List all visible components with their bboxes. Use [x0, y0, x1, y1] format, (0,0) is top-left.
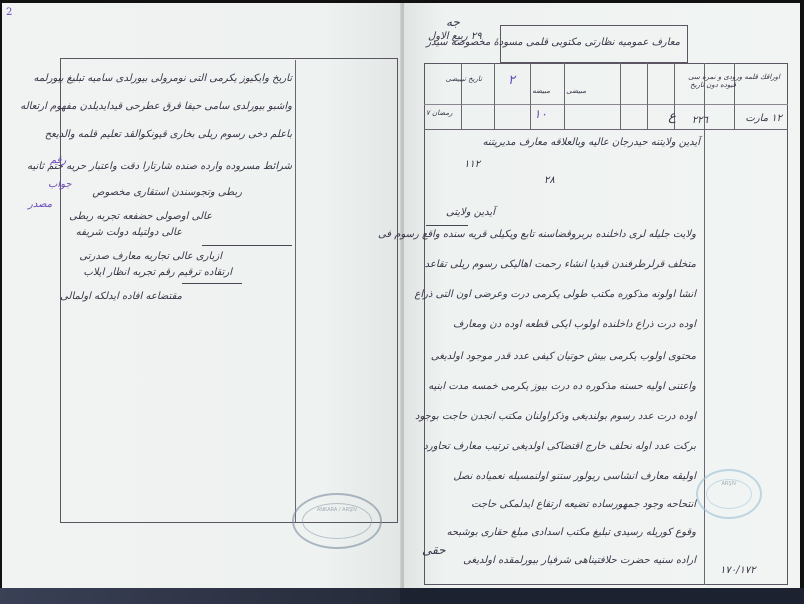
right-line-9: اولیقه معارف انشاسی ریولور ستنو اولنمسیل…: [453, 471, 696, 482]
left-line-8: ازباری عالی تجاریه معارف صدرتی: [79, 251, 222, 262]
table-date-cell: ۱۲ مارت: [745, 113, 782, 124]
table-bottom-rule: [424, 129, 788, 130]
right-line-5: محتوی اولوب یکرمی بیش حوتیان کیفی عدد قد…: [431, 351, 696, 362]
table-col: [530, 63, 531, 129]
right-line-1: ولایت جلیله لری داخلنده بربروقضاسنه تابع…: [378, 229, 696, 240]
table-col: [647, 63, 648, 129]
left-line-4: شرائط مسروده وارده صنده شارتارا دقت واعت…: [27, 161, 292, 172]
header-title: معارف عمومیه نظارتی مکتوبی قلمی مسودهٔ م…: [426, 37, 680, 48]
underline: [182, 283, 242, 284]
right-page: ۲۹ ربیع الاول جه معارف عمومیه نظارتی مکت…: [404, 3, 800, 593]
left-line-5: ربطی وتجوسندن استقاری مخصوص: [92, 187, 242, 198]
purple-mark-2: ۱۰: [534, 107, 547, 121]
right-line-4: اوده درت ذراع داخلنده اولوب ایکی قطعه او…: [453, 319, 696, 330]
underline: [202, 245, 292, 246]
tebyiz-date: رمضان ۷: [426, 109, 452, 117]
section-heading: آیدین ولایتی: [446, 207, 495, 218]
right-line-8: برکت عدد اوله نحلف خارج اقتضاکی اولدیغی …: [423, 441, 696, 452]
left-line-2: واشبو بیورلدی سامی حیفا قرق عطرحی قیداید…: [20, 101, 292, 112]
margin-note-1: رقم: [50, 155, 66, 166]
purple-mark-1: ۲: [508, 73, 515, 88]
ref-number-1: ۱۱۲: [464, 159, 480, 170]
right-line-6: واعتنی اولیه حسنه مذکوره ده درت بیوز یکر…: [428, 381, 696, 392]
table-col: [564, 63, 565, 129]
right-margin-rule: [704, 129, 705, 585]
subject-line: آیدین ولایتنه حیدرجان عالیه وبالعلاقه مع…: [483, 137, 700, 148]
table-header-9: تاریخ تبییضی: [446, 75, 482, 83]
right-line-3: انشا اولونه مذکوره مکتب طولی یکرمی درت و…: [414, 289, 696, 300]
right-line-11: وقوع کوریله رسیدی تبلیغ مکتب اسدادی مبلغ…: [447, 527, 696, 538]
top-signature: جه: [446, 15, 460, 29]
margin-note-2: جواب: [48, 179, 72, 190]
right-line-12: اراده سنیه حضرت حلافتیناهی شرفیار بیورلم…: [463, 555, 696, 566]
table-header-1: اوراقك قلمه ورودی و نمره سی: [688, 73, 780, 81]
table-signature: ع: [668, 109, 676, 124]
margin-note-3: مصدر: [28, 199, 52, 210]
left-margin-rule: [295, 60, 296, 522]
left-line-7: عالی دولتیله دولت شریفه: [76, 227, 182, 238]
corner-mark: 2: [6, 7, 13, 18]
table-col: [461, 63, 462, 129]
bottom-signature: حقی: [422, 543, 446, 557]
scanner-bed: [0, 588, 804, 604]
table-col: [494, 63, 495, 129]
left-line-10: مقتضاعه افاده ایدلکه اولمالی: [60, 291, 182, 302]
table-header-2: قیوده دون تاریخ: [690, 81, 736, 89]
archive-stamp: ANKARA / ARŞİV: [292, 493, 382, 549]
right-line-7: اوده درت عدد رسوم بولندیغی وذکراولنان مک…: [415, 411, 696, 422]
left-line-9: ارتقاده ترقیم رقم تجربه انظار ایلاب: [83, 267, 232, 278]
heading-underline: [426, 225, 468, 226]
left-line-6: عالی اوصولی حضفعه تجربه ربطی: [69, 211, 212, 222]
page-number: ۱۷۰/۱۷۲: [720, 565, 756, 576]
left-line-3: باعلم دخی رسوم ریلی بخاری قیونکوالقد تعل…: [45, 129, 292, 140]
left-line-1: تاریخ وایکیوز یکرمی التی نومرولی بیورلدی…: [34, 73, 293, 84]
right-line-2: متخلف قرلرطرفندن قیدیا انشاء رحمت اهالیک…: [425, 259, 696, 270]
right-line-10: انتحاحه وجود جمهورساده تضیعه ارتفاع ایدل…: [471, 499, 696, 510]
table-number-cell: ۲۲٦: [692, 115, 708, 126]
table-header-8: مبیضی: [566, 87, 586, 95]
table-header-7: مبیضه: [532, 87, 550, 95]
archive-stamp-faint: ARŞİV: [696, 469, 762, 519]
ref-number-2: ۲۸: [544, 175, 555, 186]
table-col: [620, 63, 621, 129]
left-page: 2 تاریخ وایکیوز یکرمی التی نومرولی بیورل…: [2, 3, 402, 593]
